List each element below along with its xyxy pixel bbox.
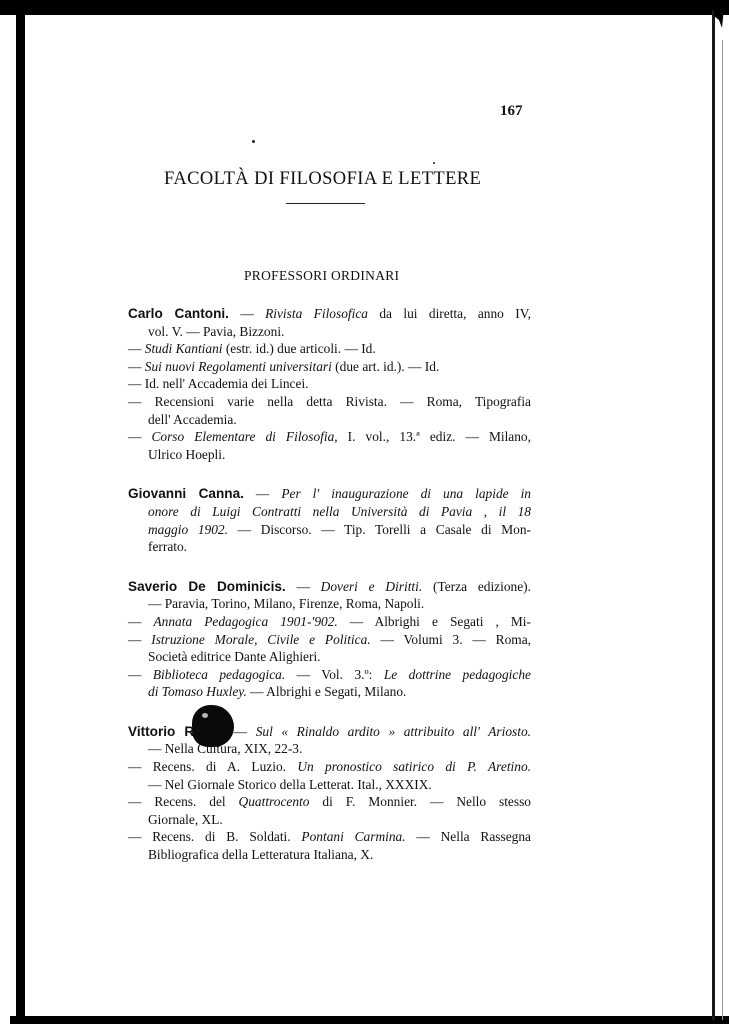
entry-text: ferrato. bbox=[148, 539, 187, 554]
work-title: Istruzione Morale, Civile e Politica. bbox=[151, 632, 370, 647]
entry-line: — Annata Pedagogica 1901-'902. — Albrigh… bbox=[128, 613, 531, 631]
entry-text: dell' Accademia. bbox=[148, 412, 237, 427]
entry-line: onore di Luigi Contratti nella Universit… bbox=[128, 503, 531, 521]
work-title: Biblioteca pedagogica. bbox=[153, 667, 285, 682]
work-title: Sul « Rinaldo ardito » attribuito all' A… bbox=[256, 724, 531, 739]
work-title: Annata Pedagogica 1901-'902. bbox=[153, 614, 337, 629]
bibliography-list: Carlo Cantoni. — Rivista Filosofica da l… bbox=[128, 305, 531, 886]
entry-line: vol. V. — Pavia, Bizzoni. bbox=[128, 323, 531, 341]
entry-line: — Nella Cultura, XIX, 22-3. bbox=[128, 740, 531, 758]
entry-text: — Volumi 3. — Roma, bbox=[371, 632, 531, 647]
entry-text: vol. V. — Pavia, Bizzoni. bbox=[148, 324, 284, 339]
entry-text: Società editrice Dante Alighieri. bbox=[148, 649, 321, 664]
entry-text: (Terza edizione). bbox=[422, 579, 531, 594]
entry-text: — Nel Giornale Storico della Letterat. I… bbox=[148, 777, 432, 792]
page-title: FACOLTÀ DI FILOSOFIA E LETTERE bbox=[164, 169, 481, 190]
work-title: Rivista Filosofica bbox=[265, 306, 368, 321]
work-title: Per l' inaugurazione di una lapide in bbox=[281, 486, 531, 501]
page-number: 167 bbox=[500, 103, 523, 120]
entry-text: (estr. id.) due articoli. — Id. bbox=[223, 341, 376, 356]
entry-line: — Nel Giornale Storico della Letterat. I… bbox=[128, 776, 531, 794]
entry-line: dell' Accademia. bbox=[128, 411, 531, 429]
work-title: Le dottrine pedagogiche bbox=[384, 667, 531, 682]
entry-text: (due art. id.). — Id. bbox=[332, 359, 439, 374]
entry-text: — Recens. di A. Luzio. bbox=[128, 759, 297, 774]
entry-text: — Vol. 3.º: bbox=[285, 667, 384, 682]
scan-top-border bbox=[0, 0, 729, 15]
author-name: Giovanni Canna. bbox=[128, 486, 244, 501]
author-name: Saverio De Dominicis. bbox=[128, 579, 286, 594]
entry-line: — Studi Kantiani (estr. id.) due articol… bbox=[128, 340, 531, 358]
entry-line: Bibliografica della Letteratura Italiana… bbox=[128, 846, 531, 864]
work-title: Pontani Carmina. bbox=[301, 829, 405, 844]
entry-text: , I. vol., 13.ª ediz. — Milano, bbox=[334, 429, 531, 444]
entry-text: — Nella Rassegna bbox=[406, 829, 531, 844]
work-title: onore di Luigi Contratti nella Universit… bbox=[148, 504, 531, 519]
entry-text: — Recensioni varie nella detta Rivista. … bbox=[128, 394, 531, 409]
entry-text: — bbox=[128, 632, 151, 647]
bibliography-entry: Saverio De Dominicis. — Doveri e Diritti… bbox=[128, 578, 531, 701]
entry-line: Società editrice Dante Alighieri. bbox=[128, 648, 531, 666]
entry-text: — bbox=[128, 614, 153, 629]
entry-text: Giornale, XL. bbox=[148, 812, 223, 827]
work-title: Sui nuovi Regolamenti universitari bbox=[145, 359, 332, 374]
entry-line: — Recens. del Quattrocento di F. Monnier… bbox=[128, 793, 531, 811]
entry-text: — Recens. del bbox=[128, 794, 239, 809]
entry-line: — Recens. di A. Luzio. Un pronostico sat… bbox=[128, 758, 531, 776]
bibliography-entry: Vittorio Rossi. — Sul « Rinaldo ardito »… bbox=[128, 723, 531, 864]
entry-line: Giornale, XL. bbox=[128, 811, 531, 829]
work-title: maggio 1902. bbox=[148, 522, 228, 537]
entry-line: — Paravia, Torino, Milano, Firenze, Roma… bbox=[128, 595, 531, 613]
work-title: Un pronostico satirico di P. Aretino. bbox=[297, 759, 531, 774]
scan-left-border bbox=[16, 10, 25, 1020]
author-name: Carlo Cantoni. bbox=[128, 306, 229, 321]
corner-tear-mark bbox=[714, 8, 724, 28]
bibliography-entry: Giovanni Canna. — Per l' inaugurazione d… bbox=[128, 485, 531, 555]
entry-first-line: Carlo Cantoni. — Rivista Filosofica da l… bbox=[128, 305, 531, 323]
entry-text: Ulrico Hoepli. bbox=[148, 447, 225, 462]
entry-text: da lui diretta, anno IV, bbox=[368, 306, 531, 321]
ink-blot bbox=[192, 705, 234, 747]
entry-text: — bbox=[128, 341, 145, 356]
entry-line: — Corso Elementare di Filosofia, I. vol.… bbox=[128, 428, 531, 446]
speck bbox=[433, 162, 435, 164]
entry-line: — Id. nell' Accademia dei Lincei. bbox=[128, 375, 531, 393]
entry-line: — Recensioni varie nella detta Rivista. … bbox=[128, 393, 531, 411]
entry-text: — bbox=[244, 486, 281, 501]
entry-text: — bbox=[286, 579, 321, 594]
scan-right-border bbox=[712, 10, 715, 1020]
work-title: Doveri e Diritti. bbox=[321, 579, 423, 594]
entry-line: ferrato. bbox=[128, 538, 531, 556]
entry-line: — Istruzione Morale, Civile e Politica. … bbox=[128, 631, 531, 649]
entry-text: — Albrighi e Segati , Mi- bbox=[338, 614, 531, 629]
entry-text: — Discorso. — Tip. Torelli a Casale di M… bbox=[228, 522, 531, 537]
entry-line: — Sui nuovi Regolamenti universitari (du… bbox=[128, 358, 531, 376]
entry-first-line: Giovanni Canna. — Per l' inaugurazione d… bbox=[128, 485, 531, 503]
work-title: Studi Kantiani bbox=[145, 341, 223, 356]
entry-first-line: Saverio De Dominicis. — Doveri e Diritti… bbox=[128, 578, 531, 596]
bibliography-entry: Carlo Cantoni. — Rivista Filosofica da l… bbox=[128, 305, 531, 463]
entry-text: — bbox=[128, 667, 153, 682]
work-title: Quattrocento bbox=[239, 794, 310, 809]
work-title: Corso Elementare di Filosofia bbox=[151, 429, 334, 444]
entry-line: di Tomaso Huxley. — Albrighi e Segati, M… bbox=[128, 683, 531, 701]
entry-text: — Nella Cultura, XIX, 22-3. bbox=[148, 741, 302, 756]
section-heading: PROFESSORI ORDINARI bbox=[244, 268, 399, 284]
entry-text: — Recens. di B. Soldati. bbox=[128, 829, 301, 844]
entry-text: — bbox=[128, 429, 151, 444]
entry-text: di F. Monnier. — Nello stesso bbox=[309, 794, 531, 809]
title-divider bbox=[286, 203, 365, 204]
work-title: di Tomaso Huxley. bbox=[148, 684, 247, 699]
entry-text: — Paravia, Torino, Milano, Firenze, Roma… bbox=[148, 596, 424, 611]
entry-text: — Albrighi e Segati, Milano. bbox=[247, 684, 407, 699]
entry-text: — bbox=[128, 359, 145, 374]
entry-line: maggio 1902. — Discorso. — Tip. Torelli … bbox=[128, 521, 531, 539]
entry-text: Bibliografica della Letteratura Italiana… bbox=[148, 847, 373, 862]
entry-text: — bbox=[229, 306, 265, 321]
speck bbox=[252, 140, 255, 143]
entry-line: — Recens. di B. Soldati. Pontani Carmina… bbox=[128, 828, 531, 846]
entry-text: — Id. nell' Accademia dei Lincei. bbox=[128, 376, 309, 391]
entry-line: Ulrico Hoepli. bbox=[128, 446, 531, 464]
entry-line: — Biblioteca pedagogica. — Vol. 3.º: Le … bbox=[128, 666, 531, 684]
page-edge-line bbox=[722, 40, 723, 1020]
entry-first-line: Vittorio Rossi. — Sul « Rinaldo ardito »… bbox=[128, 723, 531, 741]
scan-bottom-border bbox=[10, 1016, 729, 1024]
